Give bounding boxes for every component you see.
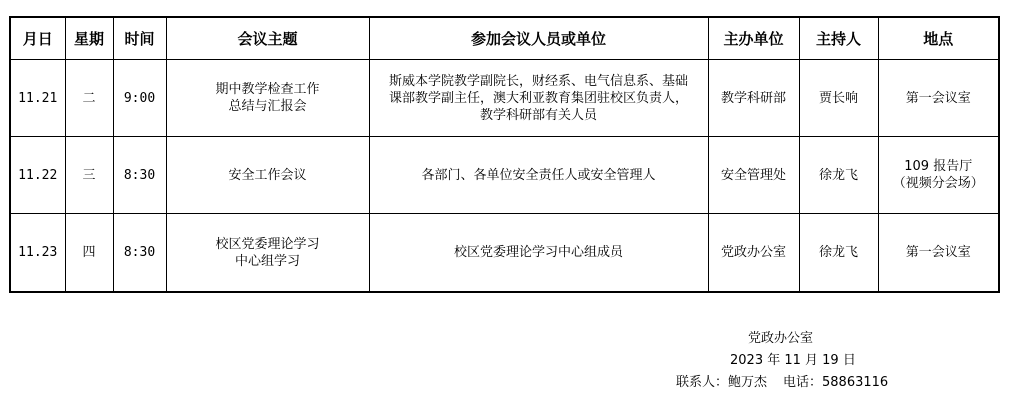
meeting-schedule-table: 月日 星期 时间 会议主题 参加会议人员或单位 主办单位 主持人 地点 11.2… xyxy=(9,16,1000,293)
topic-line: 期中教学检查工作 xyxy=(171,81,365,98)
cell-participants: 斯威本学院教学副院长，财经系、电气信息系、基础 课部教学副主任，澳大利亚教育集团… xyxy=(369,60,708,137)
table-row: 11.22 三 8:30 安全工作会议 各部门、各单位安全责任人或安全管理人 安… xyxy=(10,137,999,214)
cell-location: 第一会议室 xyxy=(878,214,999,293)
participants-line: 斯威本学院教学副院长，财经系、电气信息系、基础 xyxy=(374,73,704,90)
cell-weekday: 四 xyxy=(65,214,113,293)
table-header-row: 月日 星期 时间 会议主题 参加会议人员或单位 主办单位 主持人 地点 xyxy=(10,17,999,60)
topic-line: 中心组学习 xyxy=(171,253,365,270)
contact-line: 联系人：鲍万杰电话：58863116 xyxy=(676,372,888,394)
header-host: 主持人 xyxy=(799,17,878,60)
cell-organizer: 安全管理处 xyxy=(708,137,799,214)
cell-date: 11.21 xyxy=(10,60,65,137)
header-time: 时间 xyxy=(113,17,166,60)
topic-line: 校区党委理论学习 xyxy=(171,236,365,253)
cell-topic: 校区党委理论学习 中心组学习 xyxy=(166,214,369,293)
cell-host: 贾长响 xyxy=(799,60,878,137)
header-weekday: 星期 xyxy=(65,17,113,60)
header-location: 地点 xyxy=(878,17,999,60)
cell-participants: 校区党委理论学习中心组成员 xyxy=(369,214,708,293)
cell-topic: 安全工作会议 xyxy=(166,137,369,214)
table-row: 11.23 四 8:30 校区党委理论学习 中心组学习 校区党委理论学习中心组成… xyxy=(10,214,999,293)
cell-participants: 各部门、各单位安全责任人或安全管理人 xyxy=(369,137,708,214)
topic-line: 安全工作会议 xyxy=(171,167,365,184)
participants-line: 各部门、各单位安全责任人或安全管理人 xyxy=(374,167,704,184)
location-line: 第一会议室 xyxy=(883,90,995,107)
participants-line: 校区党委理论学习中心组成员 xyxy=(374,244,704,261)
cell-location: 109 报告厅 （视频分会场） xyxy=(878,137,999,214)
cell-time: 8:30 xyxy=(113,214,166,293)
cell-location: 第一会议室 xyxy=(878,60,999,137)
cell-organizer: 党政办公室 xyxy=(708,214,799,293)
cell-host: 徐龙飞 xyxy=(799,214,878,293)
participants-line: 课部教学副主任，澳大利亚教育集团驻校区负责人， xyxy=(374,90,704,107)
cell-time: 8:30 xyxy=(113,137,166,214)
contact-person: 联系人：鲍万杰 xyxy=(676,375,767,390)
cell-host: 徐龙飞 xyxy=(799,137,878,214)
cell-organizer: 教学科研部 xyxy=(708,60,799,137)
table-row: 11.21 二 9:00 期中教学检查工作 总结与汇报会 斯威本学院教学副院长，… xyxy=(10,60,999,137)
issue-date: 2023 年 11 月 19 日 xyxy=(730,350,856,372)
topic-line: 总结与汇报会 xyxy=(171,98,365,115)
cell-topic: 期中教学检查工作 总结与汇报会 xyxy=(166,60,369,137)
cell-date: 11.22 xyxy=(10,137,65,214)
cell-date: 11.23 xyxy=(10,214,65,293)
issuing-office: 党政办公室 xyxy=(748,328,813,350)
cell-weekday: 二 xyxy=(65,60,113,137)
location-line: （视频分会场） xyxy=(883,175,995,192)
header-organizer: 主办单位 xyxy=(708,17,799,60)
location-line: 109 报告厅 xyxy=(883,158,995,175)
header-date: 月日 xyxy=(10,17,65,60)
header-participants: 参加会议人员或单位 xyxy=(369,17,708,60)
cell-weekday: 三 xyxy=(65,137,113,214)
contact-phone: 电话：58863116 xyxy=(783,375,888,390)
cell-time: 9:00 xyxy=(113,60,166,137)
participants-line: 教学科研部有关人员 xyxy=(374,107,704,124)
header-topic: 会议主题 xyxy=(166,17,369,60)
location-line: 第一会议室 xyxy=(883,244,995,261)
